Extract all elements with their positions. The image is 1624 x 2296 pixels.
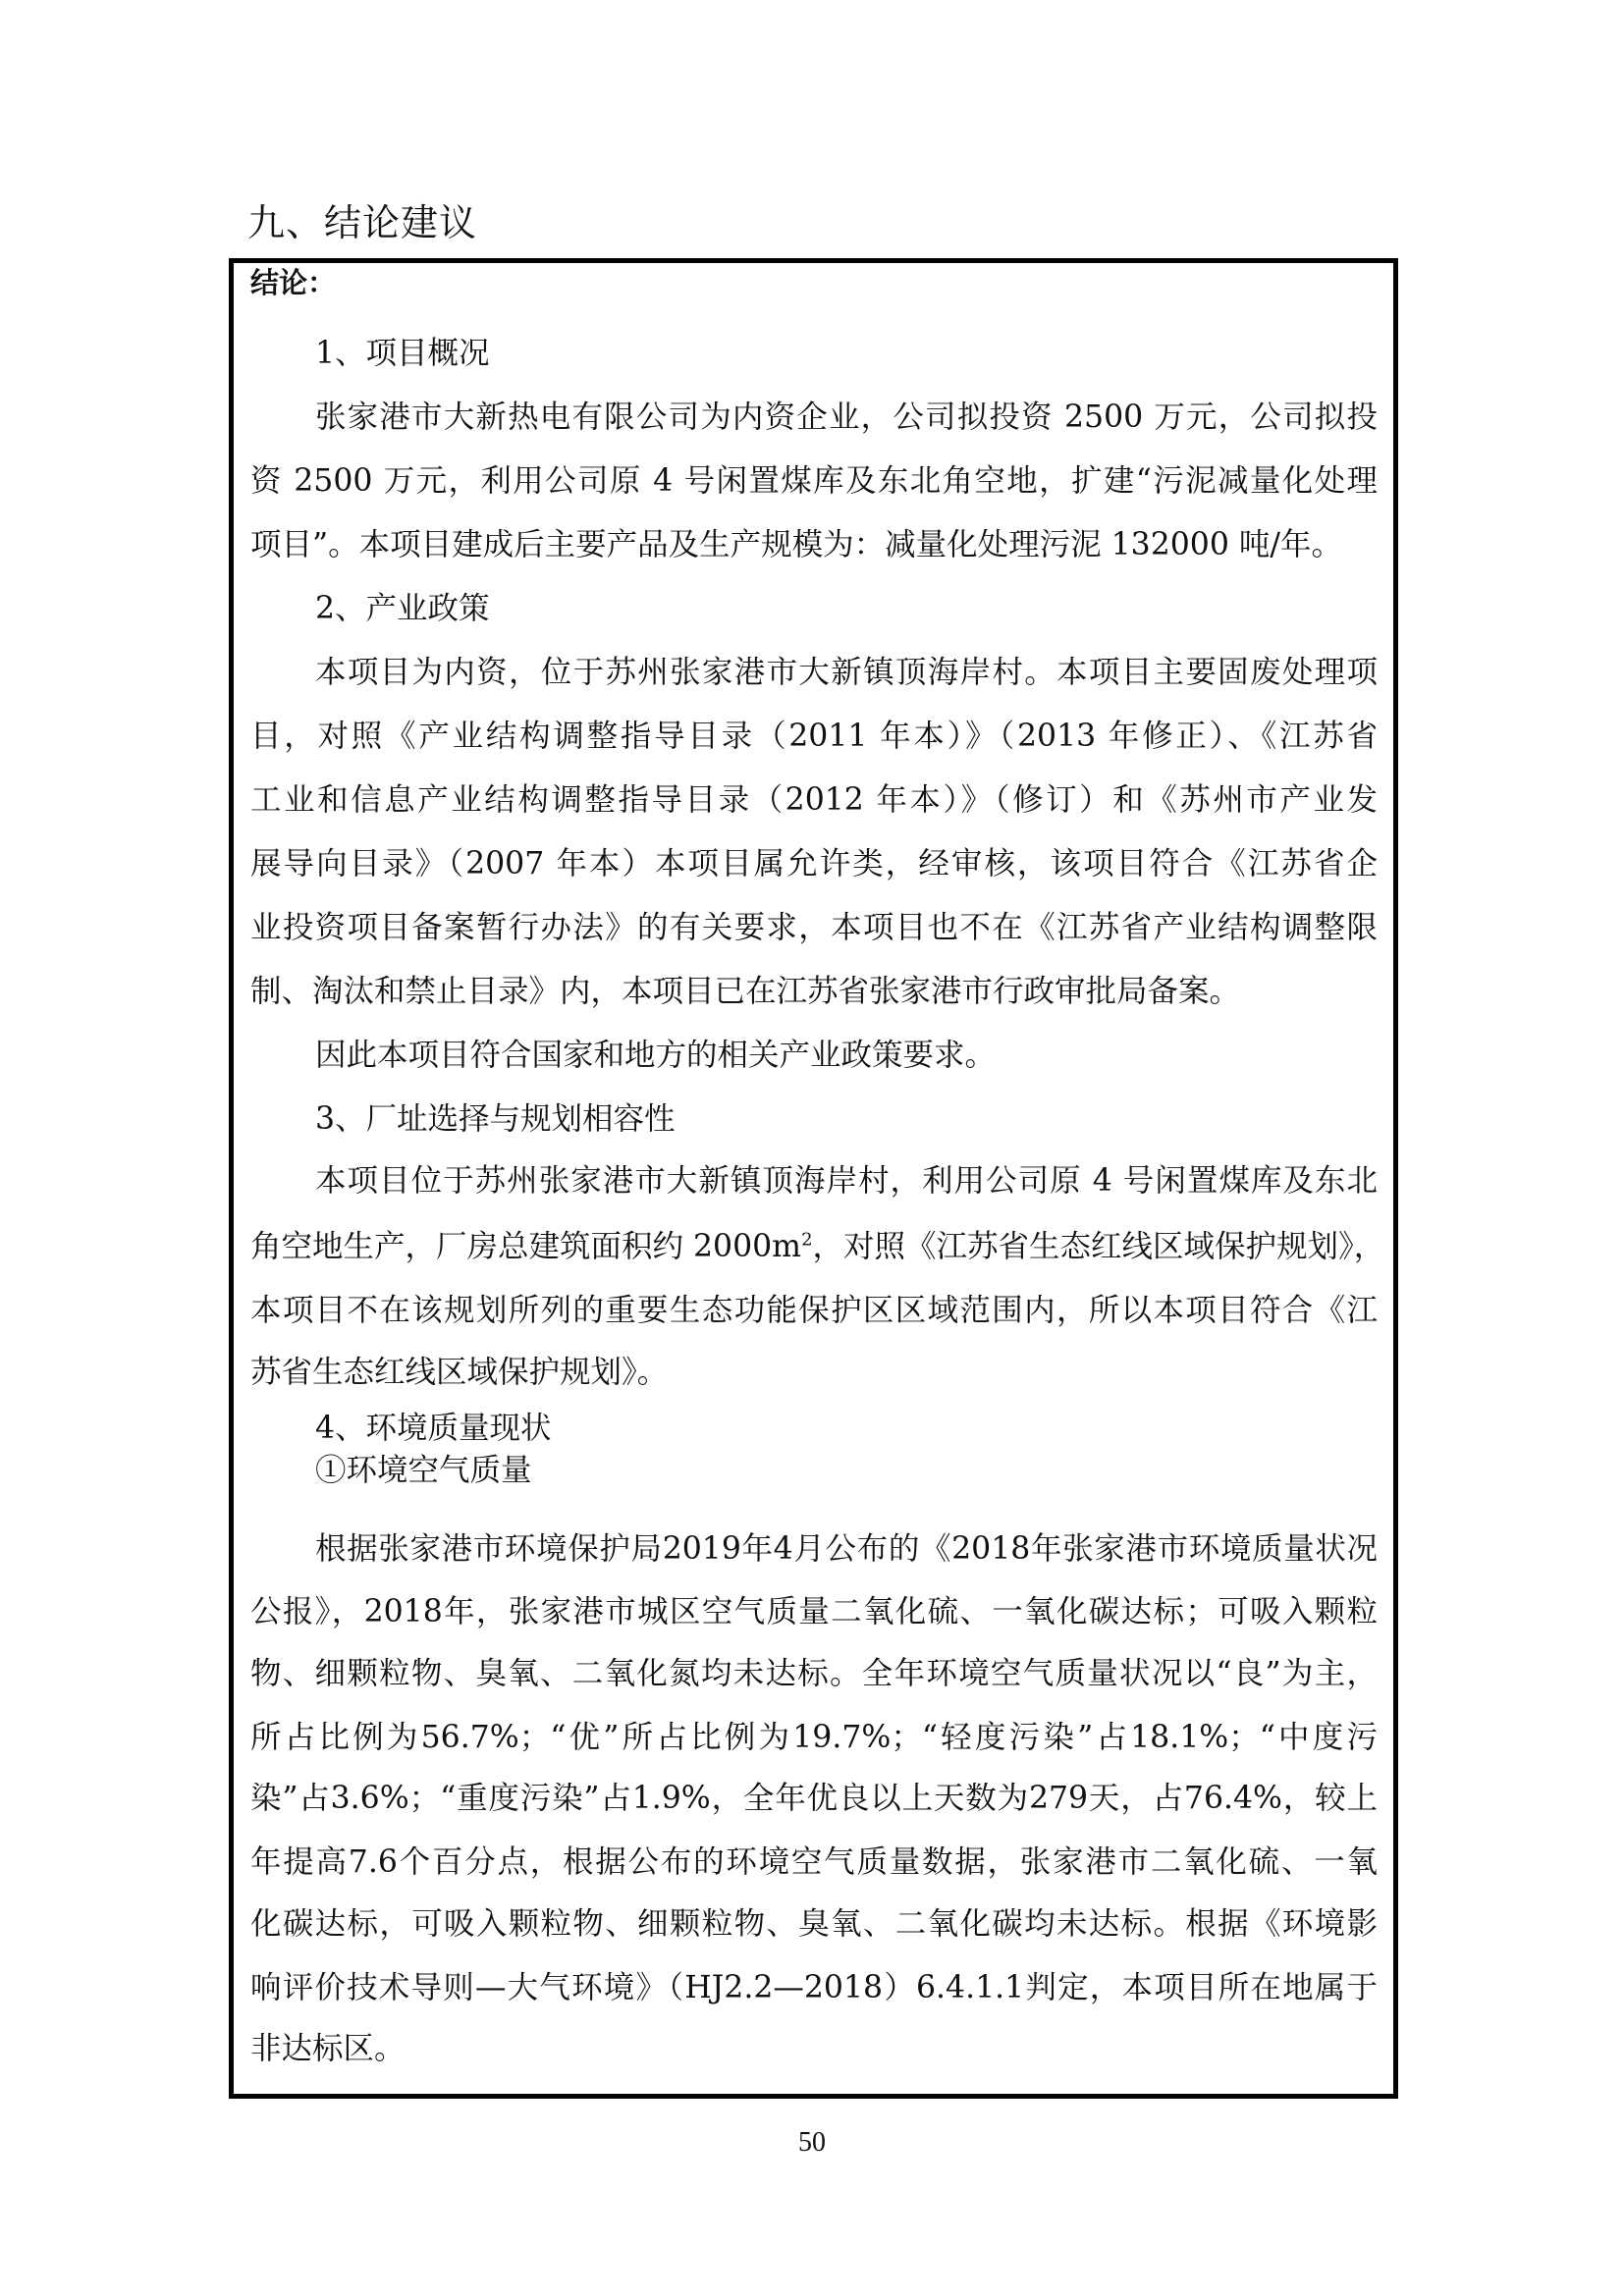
- paragraph-line: 物、细颗粒物、臭氧、二氧化氮均未达标。全年环境空气质量状况以“良”为主，: [250, 1654, 1378, 1693]
- section-1-title: 1、项目概况: [315, 334, 490, 373]
- paragraph-line: 本项目不在该规划所列的重要生态功能保护区区域范围内，所以本项目符合《江: [250, 1291, 1378, 1330]
- section-4-title: 4、环境质量现状: [315, 1409, 552, 1448]
- paragraph-line: 业投资项目备案暂行办法》的有关要求，本项目也不在《江苏省产业结构调整限: [250, 908, 1378, 947]
- paragraph-line: 响评价技术导则—大气环境》（HJ2.2—2018）6.4.1.1判定，本项目所在…: [250, 1968, 1378, 2007]
- paragraph-line: 制、淘汰和禁止目录》内，本项目已在江苏省张家港市行政审批局备案。: [250, 972, 1240, 1011]
- area-text: 角空地生产，厂房总建筑面积约 2000m: [250, 1229, 801, 1264]
- paragraph-line: 张家港市大新热电有限公司为内资企业，公司拟投资 2500 万元，公司拟投: [315, 398, 1378, 437]
- paragraph-line: 本项目为内资，位于苏州张家港市大新镇顶海岸村。本项目主要固废处理项: [315, 653, 1378, 692]
- superscript: 2: [801, 1230, 812, 1251]
- paragraph-line: 本项目位于苏州张家港市大新镇顶海岸村，利用公司原 4 号闲置煤库及东北: [315, 1161, 1378, 1201]
- paragraph-line: 资 2500 万元，利用公司原 4 号闲置煤库及东北角空地，扩建“污泥减量化处理: [250, 461, 1378, 501]
- paragraph-line: 展导向目录》（2007 年本）本项目属允许类，经审核，该项目符合《江苏省企: [250, 844, 1378, 883]
- conclusion-heading: 结论：: [250, 263, 336, 302]
- section-3-title: 3、厂址选择与规划相容性: [315, 1099, 676, 1139]
- page-number: 50: [0, 2123, 1624, 2163]
- paragraph-line: 目，对照《产业结构调整指导目录（2011 年本）》（2013 年修正）、《江苏省: [250, 717, 1378, 756]
- paragraph-line: 非达标区。: [250, 2029, 406, 2068]
- section-title: 九、结论建议: [247, 196, 477, 249]
- paragraph-line: 染”占3.6%；“重度污染”占1.9%，全年优良以上天数为279天，占76.4%…: [250, 1779, 1378, 1818]
- section-4-subtitle: ①环境空气质量: [315, 1451, 532, 1490]
- paragraph-line: 根据张家港市环境保护局2019年4月公布的《2018年张家港市环境质量状况: [315, 1529, 1378, 1569]
- conclusion-box: 结论： 1、项目概况 张家港市大新热电有限公司为内资企业，公司拟投资 2500 …: [229, 258, 1398, 2099]
- paragraph-line: 公报》，2018年，张家港市城区空气质量二氧化硫、一氧化碳达标；可吸入颗粒: [250, 1592, 1378, 1631]
- paragraph-line: 项目”。本项目建成后主要产品及生产规模为：减量化处理污泥 132000 吨/年。: [250, 525, 1342, 564]
- paragraph-line: 工业和信息产业结构调整指导目录（2012 年本）》（修订）和《苏州市产业发: [250, 780, 1378, 820]
- paragraph-line: 角空地生产，厂房总建筑面积约 2000m2，对照《江苏省生态红线区域保护规划》，: [250, 1227, 1378, 1266]
- paragraph-line: 化碳达标，可吸入颗粒物、细颗粒物、臭氧、二氧化碳均未达标。根据《环境影: [250, 1904, 1378, 1944]
- section-2-title: 2、产业政策: [315, 589, 490, 628]
- policy-conclusion: 因此本项目符合国家和地方的相关产业政策要求。: [315, 1036, 996, 1075]
- paragraph-line: 年提高7.6个百分点，根据公布的环境空气质量数据，张家港市二氧化硫、一氧: [250, 1842, 1378, 1882]
- paragraph-line: 所占比例为56.7%；“优”所占比例为19.7%；“轻度污染”占18.1%；“中…: [250, 1718, 1378, 1757]
- paragraph-line: 苏省生态红线区域保护规划》。: [250, 1353, 668, 1392]
- area-text-cont: ，对照《江苏省生态红线区域保护规划》，: [813, 1229, 1385, 1264]
